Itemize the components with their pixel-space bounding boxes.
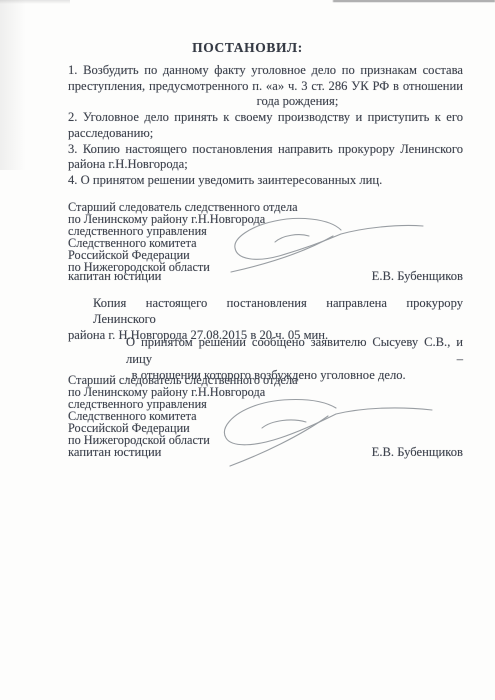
scan-edge-shading	[0, 0, 26, 170]
signatory-block-2: Старший следователь следственного отдела…	[68, 375, 463, 446]
signatory-name: Е.В. Бубенщиков	[372, 445, 463, 460]
resolution-item-line: 3. Копию настоящего постановления направ…	[68, 142, 463, 158]
notify-note-line: О принятом решении сообщено заявителю Сы…	[68, 334, 463, 367]
resolution-items: 1. Возбудить по данному факту уголовное …	[68, 63, 463, 189]
scan-corner-shading	[0, 0, 70, 4]
resolution-item-line: 1. Возбудить по данному факту уголовное …	[68, 63, 463, 79]
signatory-block-1: Старший следователь следственного отдела…	[68, 202, 463, 273]
signature-line-2: капитан юстиции Е.В. Бубенщиков	[68, 445, 463, 460]
document-title: ПОСТАНОВИЛ:	[0, 40, 495, 56]
resolution-item-line: района г.Н.Новгорода;	[68, 157, 463, 173]
resolution-item-line: преступления, предусмотренного п. «а» ч.…	[68, 79, 463, 95]
signatory-rank: капитан юстиции	[68, 445, 161, 460]
resolution-item-line: года рождения;	[68, 94, 463, 110]
scan-edge-artifact	[333, 0, 495, 2]
resolution-item-line: расследованию;	[68, 126, 463, 142]
resolution-item-line: 2. Уголовное дело принять к своему произ…	[68, 110, 463, 126]
resolution-item-line: 4. О принятом решении уведомить заинтере…	[68, 173, 463, 189]
signature-line-1: капитан юстиции Е.В. Бубенщиков	[68, 269, 463, 284]
copy-note-line: Копия настоящего постановления направлен…	[68, 295, 463, 327]
signatory-rank: капитан юстиции	[68, 269, 161, 284]
signatory-name: Е.В. Бубенщиков	[372, 269, 463, 284]
scanned-document-page: ПОСТАНОВИЛ: 1. Возбудить по данному факт…	[0, 0, 495, 700]
